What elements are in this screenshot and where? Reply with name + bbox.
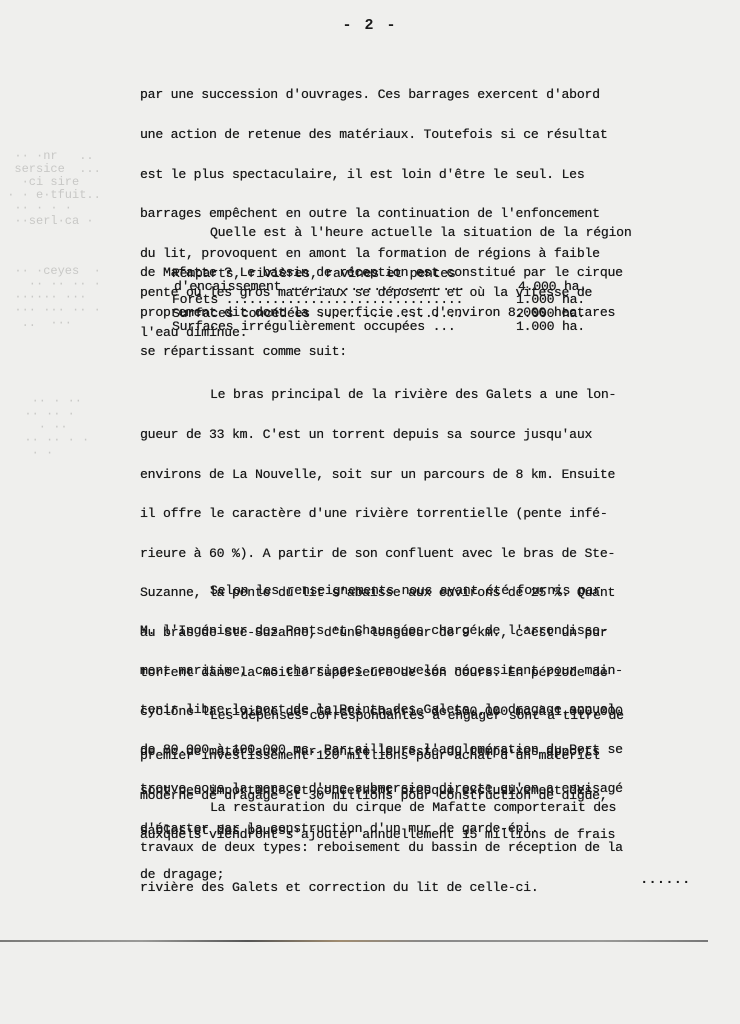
- row-label: Forêts ...............................: [172, 293, 516, 306]
- text-line: travaux de deux types: reboisement du ba…: [140, 841, 710, 854]
- table-row: Surfaces concédées ................... 2…: [172, 307, 618, 320]
- row-value: 1.000 ha.: [516, 320, 616, 333]
- page-edge-line: [0, 940, 708, 942]
- text-line: Le bras principal de la rivière des Gale…: [140, 388, 710, 401]
- text-line: se répartissant comme suit:: [140, 345, 710, 358]
- land-distribution-table: Remparts, rivières, ravines et pentes d'…: [172, 267, 618, 333]
- text-line: gueur de 33 km. C'est un torrent depuis …: [140, 428, 710, 441]
- text-line: Selon les renseignements nous ayant été …: [140, 584, 710, 597]
- continuation-mark: ......: [640, 872, 690, 888]
- row-label: Surfaces irrégulièrement occupées ...: [172, 320, 516, 333]
- text-line: premier investissement 120 millions pour…: [140, 749, 710, 762]
- text-line: est le plus spectaculaire, il est loin d…: [140, 168, 710, 181]
- row-value: 2.000 ha.: [516, 307, 616, 320]
- scanned-document-page: ·· ·nr .. sersice ... ·ci sire · · e·tfu…: [0, 0, 740, 1024]
- text-line: rivière des Galets et correction du lit …: [140, 881, 710, 894]
- table-row: Surfaces irrégulièrement occupées ... 1.…: [172, 320, 618, 333]
- text-line: par une succession d'ouvrages. Ces barra…: [140, 88, 710, 101]
- page-number: - 2 -: [0, 17, 740, 34]
- bleed-through-text: ·· ·nr .. sersice ... ·ci sire · · e·tfu…: [0, 150, 101, 228]
- bleed-through-text: ·· ·ceyes · ·· ·· ·· · ······ ··· ··· ··…: [0, 265, 101, 330]
- bleed-through-text: ·· · ·· ·· ·· · · ·· ·· ·· · · · ·: [10, 395, 89, 460]
- text-line: Quelle est à l'heure actuelle la situati…: [140, 226, 710, 239]
- table-row: Forêts ............................... 1…: [172, 293, 618, 306]
- text-line: il offre le caractère d'une rivière torr…: [140, 507, 710, 520]
- row-label: Surfaces concédées ...................: [172, 307, 516, 320]
- text-line: ment maritime, ces charriages renouvelés…: [140, 664, 710, 677]
- text-line: une action de retenue des matériaux. Tou…: [140, 128, 710, 141]
- text-line: Les dépenses correspondantes à engager s…: [140, 709, 710, 722]
- text-line: M. l'Ingénieur des Ponts et Chaussées ch…: [140, 624, 710, 637]
- text-line: La restauration du cirque de Mafatte com…: [140, 801, 710, 814]
- text-line: environs de La Nouvelle, soit sur un par…: [140, 468, 710, 481]
- row-value: 1.000 ha.: [516, 293, 616, 306]
- paragraph-restauration: La restauration du cirque de Mafatte com…: [140, 775, 710, 920]
